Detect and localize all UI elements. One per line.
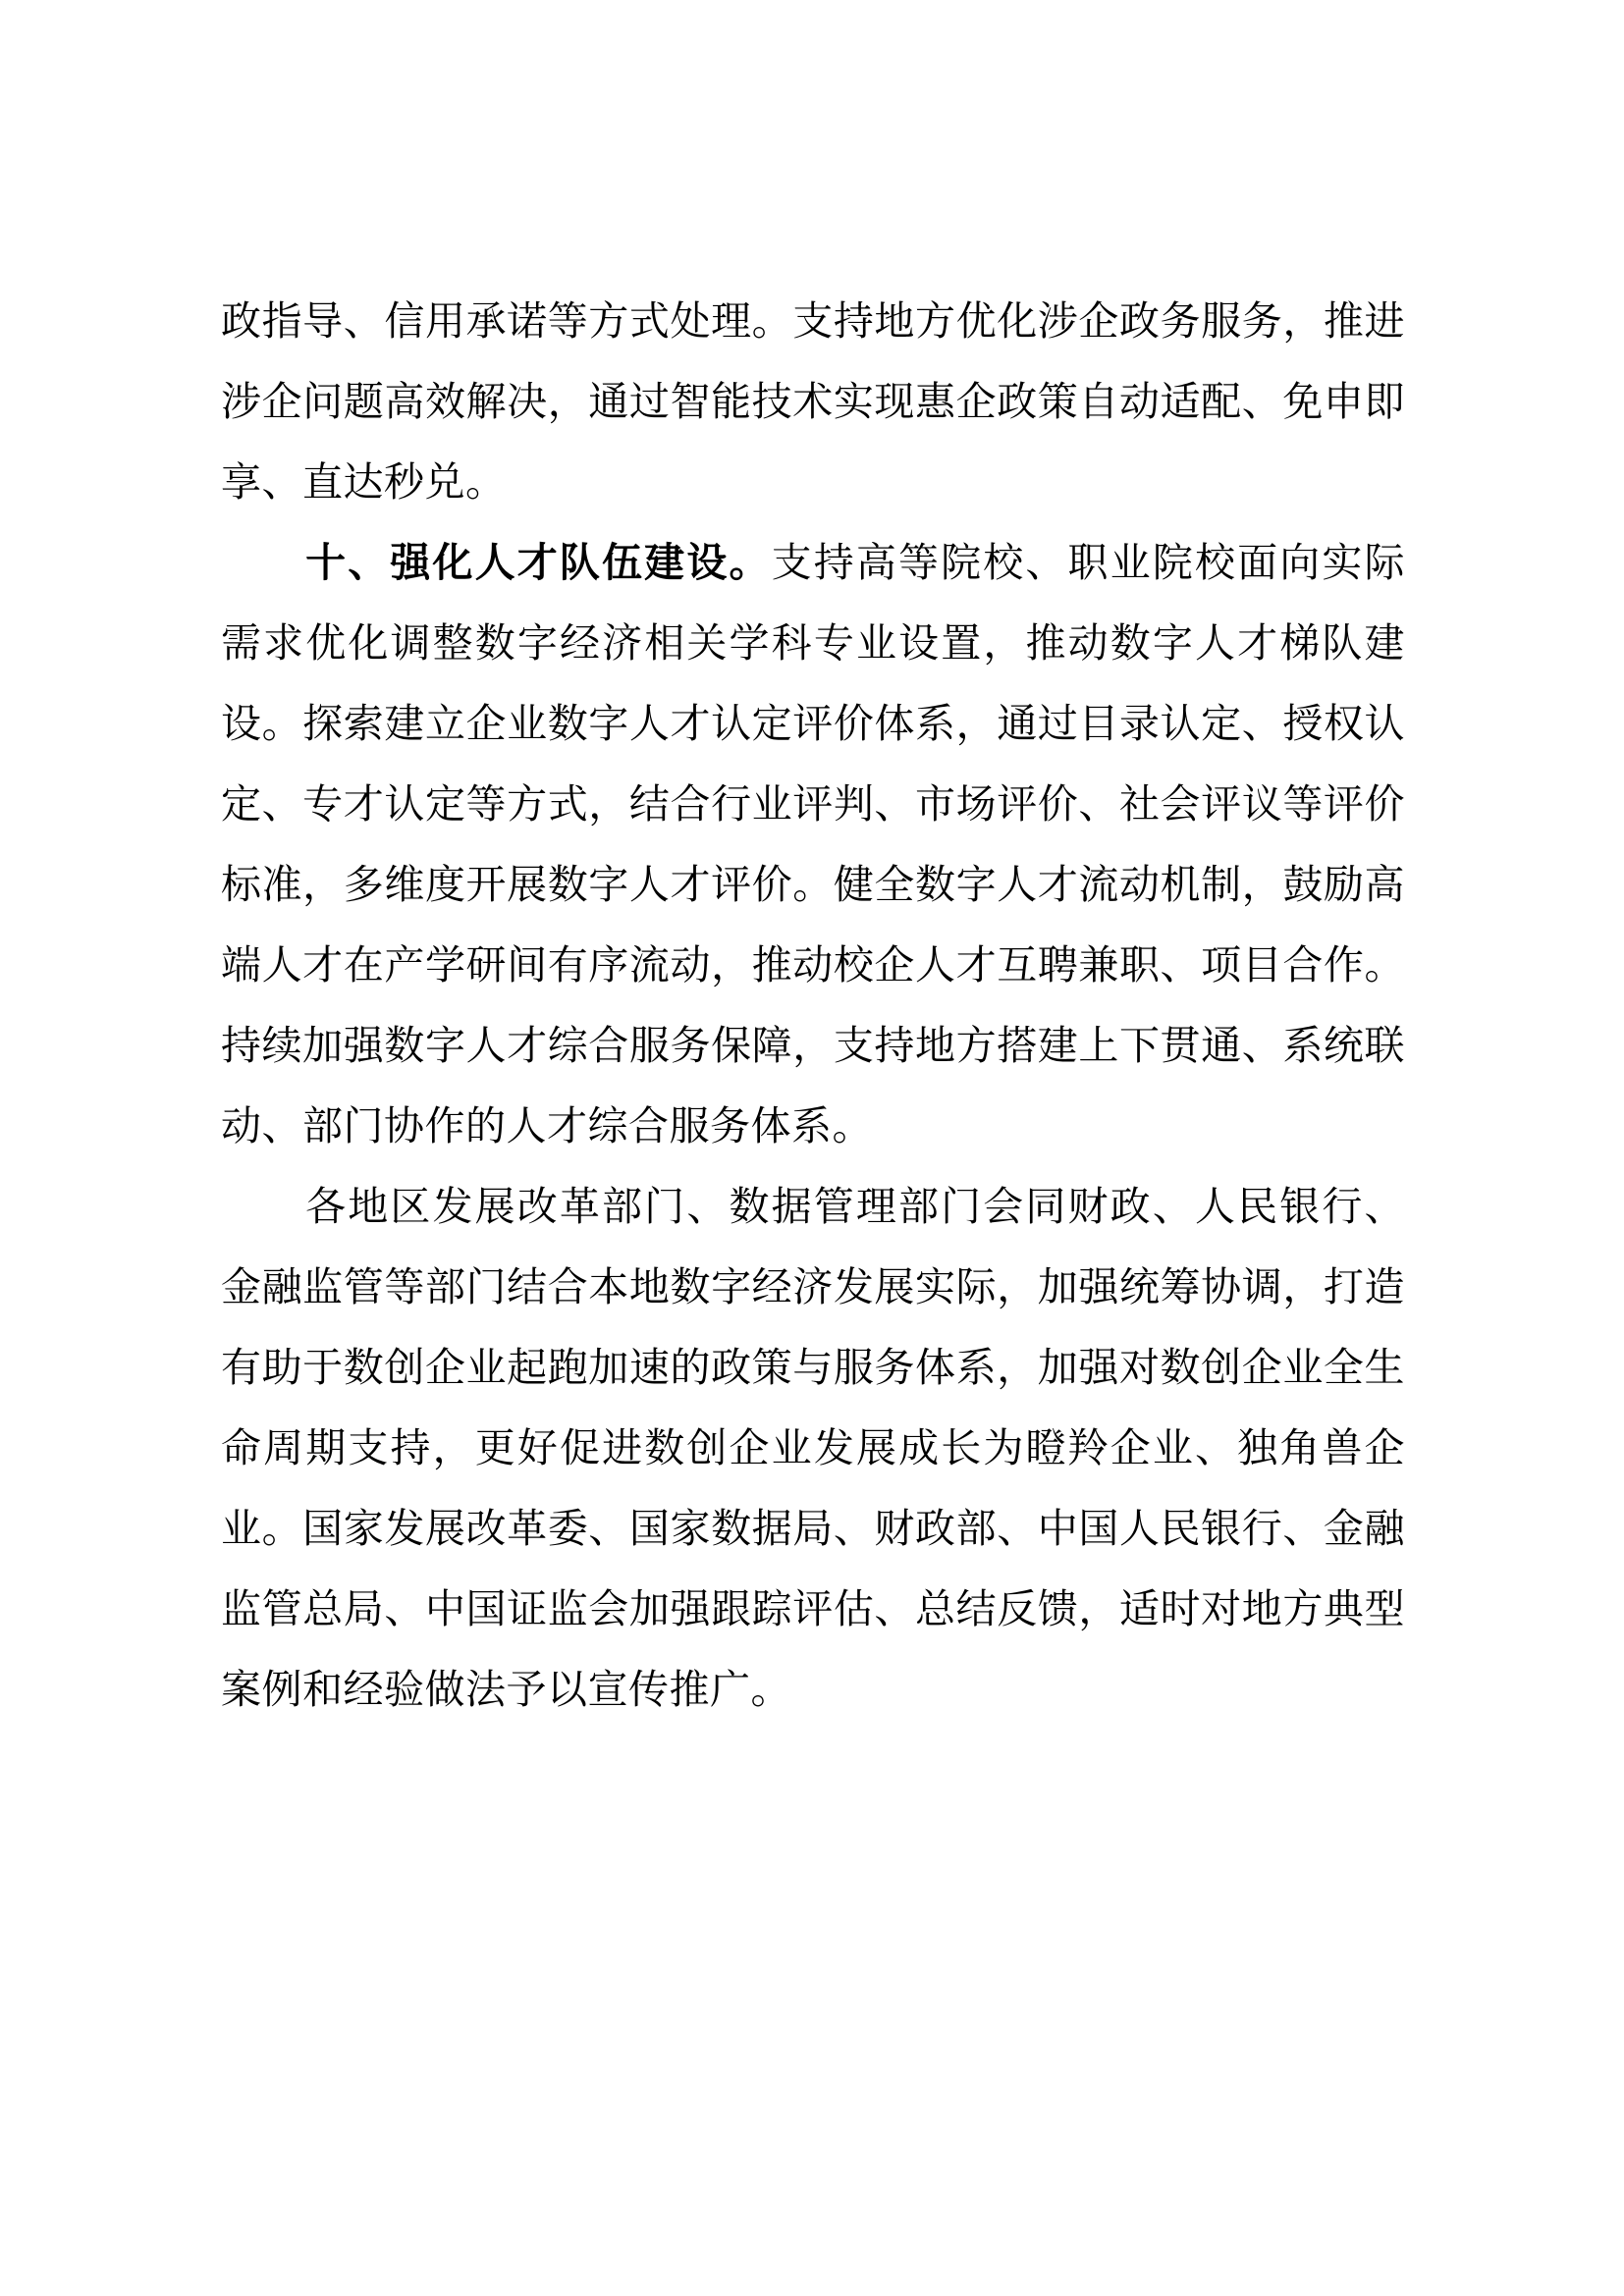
document-body: 政指导、信用承诺等方式处理。支持地方优化涉企政务服务，推进涉企问题高效解决，通过… (221, 281, 1405, 1730)
paragraph-text: 支持高等院校、职业院校面向实际需求优化调整数字经济相关学科专业设置，推动数字人才… (221, 540, 1405, 1148)
document-page: 政指导、信用承诺等方式处理。支持地方优化涉企政务服务，推进涉企问题高效解决，通过… (0, 0, 1624, 2296)
paragraph-section-10: 十、强化人才队伍建设。支持高等院校、职业院校面向实际需求优化调整数字经济相关学科… (221, 522, 1405, 1166)
section-heading: 十、强化人才队伍建设。 (305, 540, 772, 585)
paragraph-continuation: 政指导、信用承诺等方式处理。支持地方优化涉企政务服务，推进涉企问题高效解决，通过… (221, 281, 1405, 522)
paragraph-text: 各地区发展改革部门、数据管理部门会同财政、人民银行、金融监管等部门结合本地数字经… (221, 1184, 1405, 1712)
paragraph-closing: 各地区发展改革部门、数据管理部门会同财政、人民银行、金融监管等部门结合本地数字经… (221, 1166, 1405, 1730)
paragraph-text: 政指导、信用承诺等方式处理。支持地方优化涉企政务服务，推进涉企问题高效解决，通过… (221, 298, 1405, 505)
